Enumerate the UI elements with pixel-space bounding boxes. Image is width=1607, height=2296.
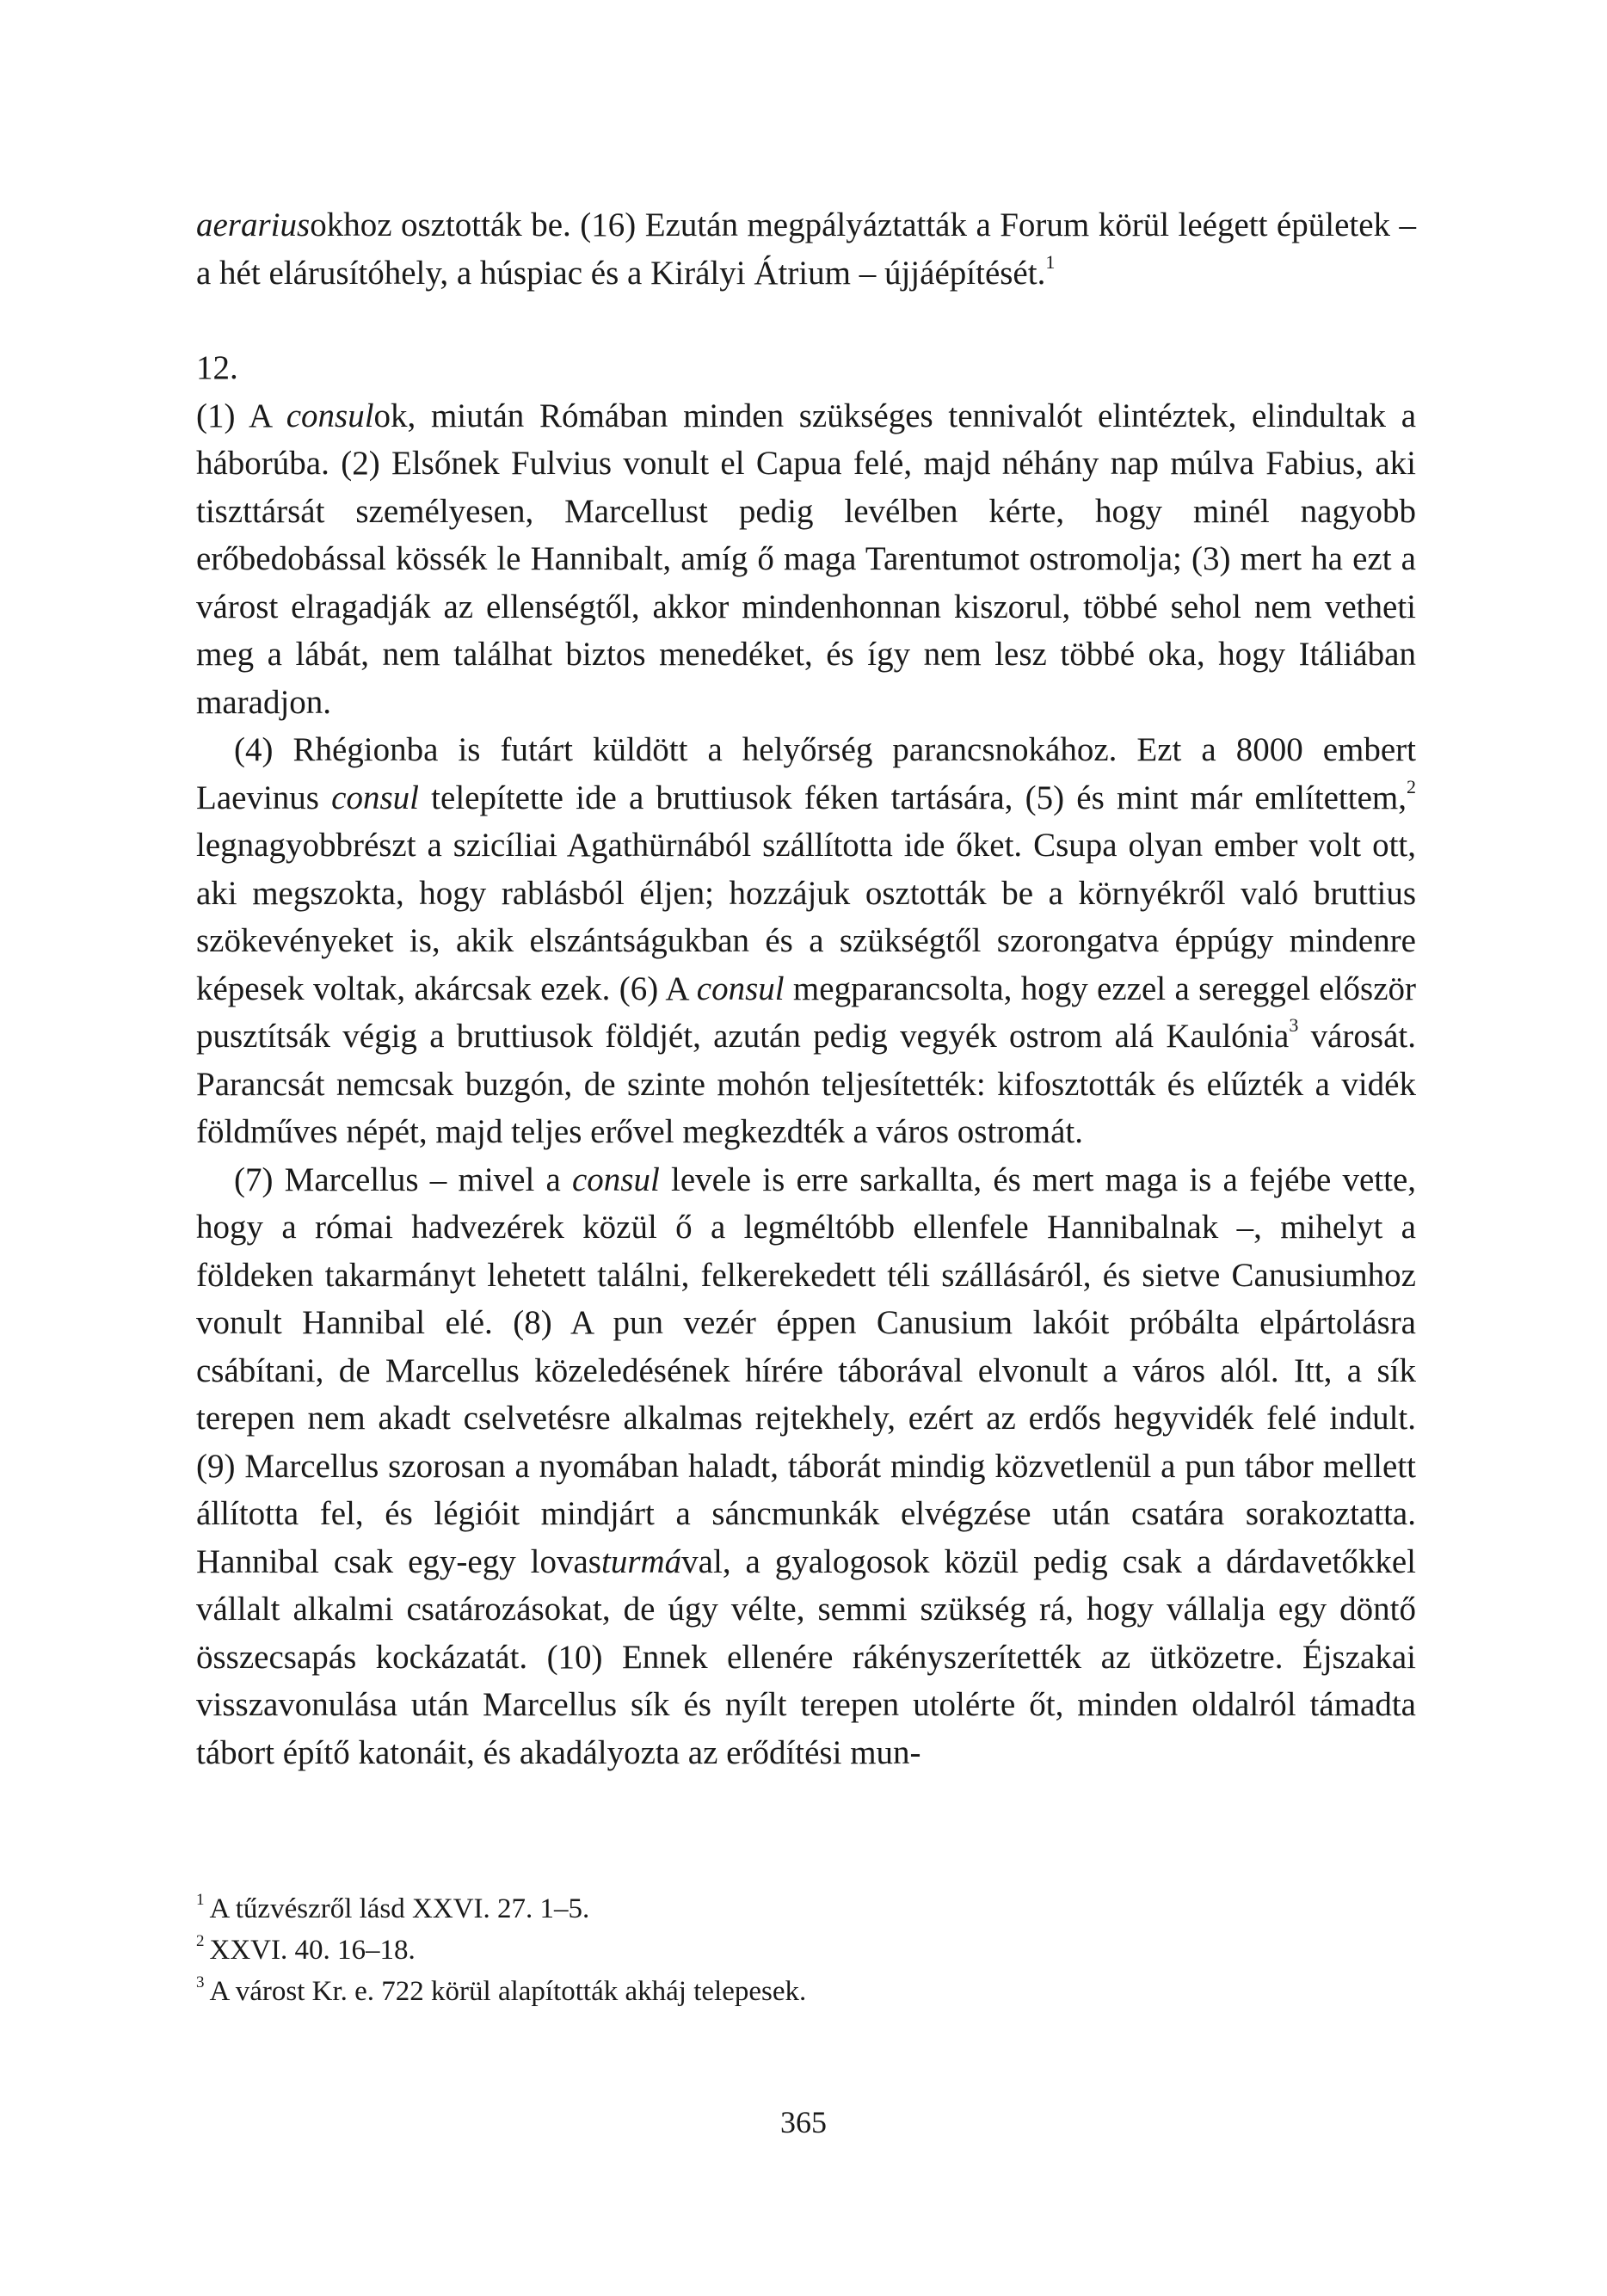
continuation-paragraph: aerariusokhoz osztották be. (16) Ezután … bbox=[196, 201, 1416, 297]
footnote-2: 2XXVI. 40. 16–18. bbox=[196, 1930, 1401, 1971]
italic-term: consul bbox=[331, 779, 419, 816]
footnotes: 1A tűzvészről lásd XXVI. 27. 1–5. 2XXVI.… bbox=[196, 1888, 1401, 2012]
paragraph-1: (1) A consulok, miután Rómában minden sz… bbox=[196, 392, 1416, 727]
footnote-ref[interactable]: 1 bbox=[1045, 251, 1055, 273]
paragraph-3: (7) Marcellus – mivel a consul levele is… bbox=[196, 1156, 1416, 1777]
italic-term: turmá bbox=[601, 1543, 681, 1580]
page-body: aerariusokhoz osztották be. (16) Ezután … bbox=[196, 201, 1416, 1776]
page-number: 365 bbox=[0, 2104, 1607, 2140]
footnote-ref[interactable]: 2 bbox=[1407, 776, 1416, 797]
footnote-1: 1A tűzvészről lásd XXVI. 27. 1–5. bbox=[196, 1888, 1401, 1930]
footnote-ref[interactable]: 3 bbox=[1289, 1014, 1298, 1036]
footnote-3: 3A várost Kr. e. 722 körül alapították a… bbox=[196, 1971, 1401, 2012]
italic-term: consul bbox=[286, 397, 374, 434]
italic-term: aerarius bbox=[196, 206, 310, 243]
chapter-number: 12. bbox=[196, 344, 1416, 392]
italic-term: consul bbox=[572, 1161, 660, 1198]
italic-term: consul bbox=[697, 970, 785, 1007]
paragraph-2: (4) Rhégionba is futárt küldött a helyőr… bbox=[196, 726, 1416, 1156]
